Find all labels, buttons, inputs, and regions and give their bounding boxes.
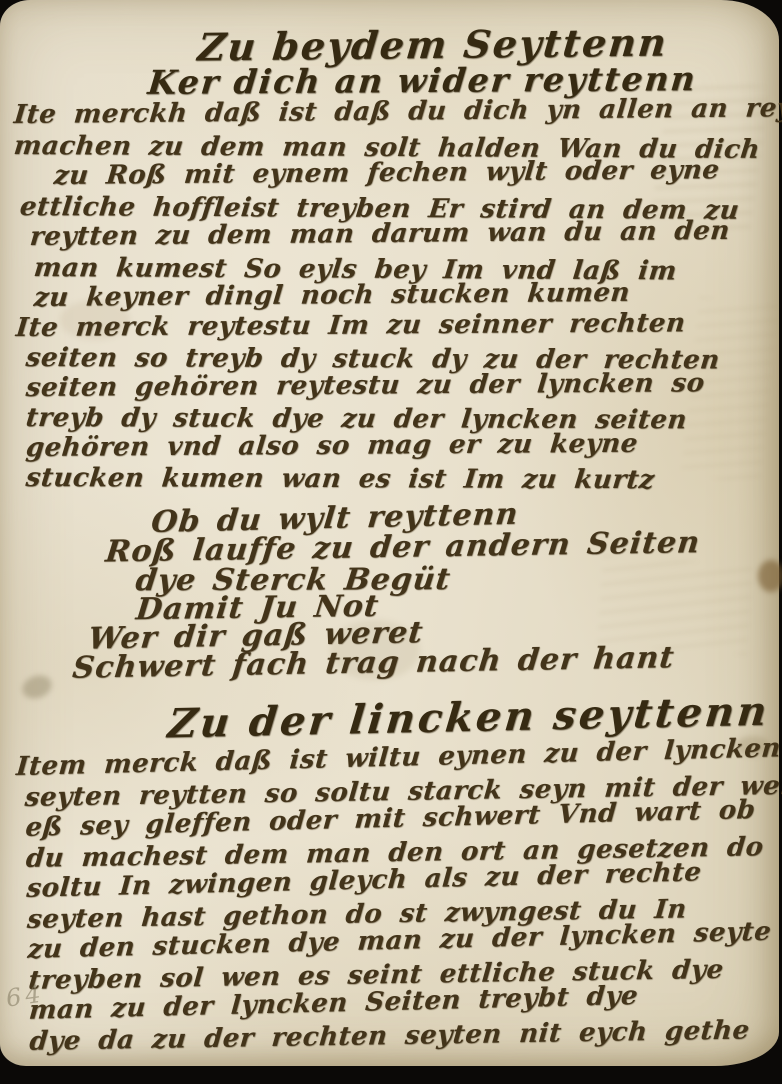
verse-block: Ob du wylt reyttenn Roß lauffe zu der an…	[71, 503, 701, 682]
text-line: Ite merckh daß ist daß du dich yn allen …	[13, 93, 782, 131]
text-line: gehören vnd also so mag er zu keyne	[25, 428, 722, 463]
text-line: zu Roß mit eynem fechen wylt oder eyne	[53, 154, 782, 191]
folio-number: 64	[4, 979, 46, 1012]
stain-right-edge	[758, 560, 782, 592]
text-line: seiten gehören reytestu zu der lyncken s…	[25, 368, 722, 403]
gloss-paragraph-2: Ite merck reytestu Im zu seinner rechten…	[16, 313, 720, 493]
gloss-paragraph-1: Ite merckh daß ist daß du dich yn allen …	[14, 100, 782, 314]
gloss-paragraph-3: Item merck daß ist wiltu eynen zu der ly…	[16, 737, 782, 1057]
text-line: reytten zu dem man darum wan du an den	[29, 215, 782, 253]
verse-line: Schwert fach trag nach der hant	[71, 643, 703, 683]
manuscript-page: Zu beydem Seyttenn Ker dich an wider rey…	[0, 0, 779, 1066]
manuscript-scan: Zu beydem Seyttenn Ker dich an wider rey…	[0, 0, 782, 1084]
stain-left-margin	[19, 672, 55, 703]
text-line: Ite merck reytestu Im zu seinner rechten	[15, 308, 722, 343]
verse-line: Roß lauffe zu der andern Seiten	[104, 528, 702, 566]
text-line: stucken kumen wan es ist Im zu kurtz	[24, 463, 721, 495]
